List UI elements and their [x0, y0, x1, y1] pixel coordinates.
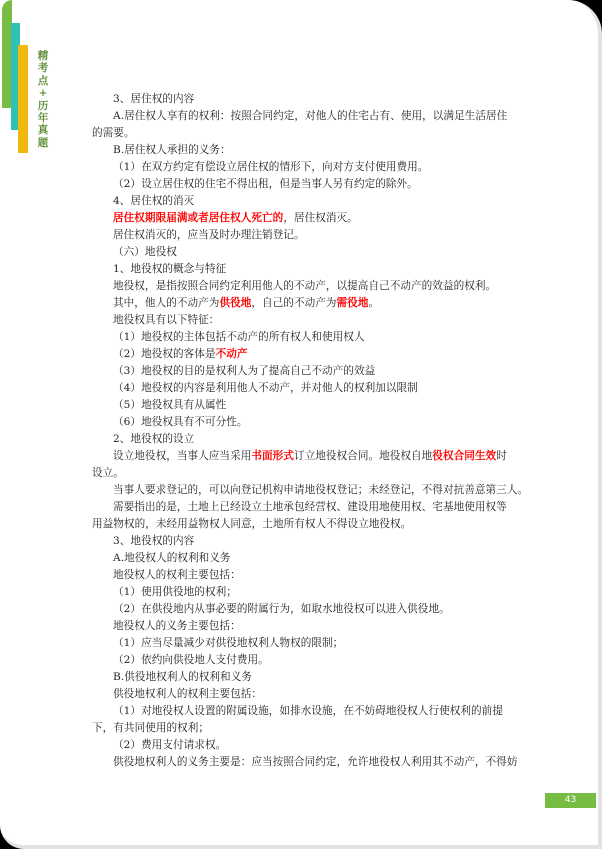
page-number: 43 — [545, 793, 596, 808]
text: 。 — [368, 297, 379, 309]
heading-easement-concept: 1、地役权的概念与特征 — [92, 261, 510, 278]
heading-easement-content: 3、地役权的内容 — [92, 533, 510, 550]
list-item: （2）地役权的客体是不动产 — [92, 346, 510, 363]
side-section-label: 精 考 点 + 历 年 真 题 — [36, 50, 50, 149]
paragraph: 居住权消灭的，应当及时办理注销登记。 — [92, 227, 510, 244]
emphasis-text: 供役地 — [219, 297, 251, 309]
text: 其中，他人的不动产为 — [113, 297, 219, 309]
text: 设立地役权，当事人应当采用 — [113, 450, 251, 462]
emphasis-text: 不动产 — [216, 348, 248, 360]
side-label-char: 真 — [36, 124, 50, 136]
side-label-char: 考 — [36, 62, 50, 74]
paragraph: 其中，他人的不动产为供役地，自己的不动产为需役地。 — [92, 295, 510, 312]
side-label-char: 题 — [36, 137, 50, 149]
list-item: （4）地役权的内容是利用他人不动产，并对他人的权利加以限制 — [92, 380, 510, 397]
emphasis-text: 需役地 — [337, 297, 369, 309]
paragraph: A.地役权人的权利和义务 — [92, 550, 510, 567]
list-item: （2）费用支付请求权。 — [92, 737, 510, 754]
list-item: （1）地役权的主体包括不动产的所有权人和使用权人 — [92, 329, 510, 346]
text: ，自己的不动产为 — [251, 297, 336, 309]
text: ，居住权消灭。 — [283, 212, 358, 224]
list-item: （3）地役权的目的是权利人为了提高自己不动产的效益 — [92, 363, 510, 380]
list-item: （1）对地役权人设置的附属设施，如排水设施，在不妨碍地役权人行使权利的前提下，有… — [92, 703, 510, 737]
paragraph: 供役地权利人的权利主要包括： — [92, 686, 510, 703]
section-heading-easement: （六）地役权 — [92, 244, 510, 261]
paragraph: 居住权期限届满或者居住权人死亡的，居住权消灭。 — [92, 210, 510, 227]
paragraph: B.供役地权利人的权利和义务 — [92, 669, 510, 686]
paragraph: 地役权人的权利主要包括： — [92, 567, 510, 584]
document-body: 3、居住权的内容 A.居住权人享有的权利：按照合同约定，对他人的住宅占有、使用，… — [92, 91, 510, 771]
list-item: （1）使用供役地的权利； — [92, 584, 510, 601]
heading-easement-establishment: 2、地役权的设立 — [92, 431, 510, 448]
paragraph: 地役权具有以下特征： — [92, 312, 510, 329]
emphasis-text: 居住权期限届满或者居住权人死亡的 — [113, 212, 283, 224]
side-label-char: 点 — [36, 75, 50, 87]
side-label-char: 年 — [36, 112, 50, 124]
text: （2）地役权的客体是 — [113, 348, 216, 360]
side-label-char: 历 — [36, 100, 50, 112]
heading-residence-content: 3、居住权的内容 — [92, 91, 510, 108]
decorative-yellow-bar — [18, 45, 28, 153]
side-label-char: 精 — [36, 50, 50, 62]
list-item: （5）地役权具有从属性 — [92, 397, 510, 414]
text: 订立地役权合同。地役权自地 — [294, 450, 432, 462]
list-item: （6）地役权具有不可分性。 — [92, 414, 510, 431]
paragraph: 地役权，是指按照合同约定利用他人的不动产，以提高自己不动产的效益的权利。 — [92, 278, 510, 295]
list-item: （2）在供役地内从事必要的附属行为，如取水地役权可以进入供役地。 — [92, 601, 510, 618]
list-item: （1）在双方约定有偿设立居住权的情形下，向对方支付使用费用。 — [92, 159, 510, 176]
emphasis-text: 役权合同生效 — [432, 450, 496, 462]
paragraph: 设立地役权，当事人应当采用书面形式订立地役权合同。地役权自地役权合同生效时设立。 — [92, 448, 510, 482]
paragraph: 地役权人的义务主要包括： — [92, 618, 510, 635]
paragraph: 供役地权利人的义务主要是：应当按照合同约定，允许地役权人利用其不动产，不得妨 — [92, 754, 510, 771]
paragraph: 当事人要求登记的，可以向登记机构申请地役权登记；未经登记，不得对抗善意第三人。 — [92, 482, 510, 499]
paragraph: 需要指出的是，土地上已经设立土地承包经营权、建设用地使用权、宅基地使用权等用益物… — [92, 499, 510, 533]
heading-residence-termination: 4、居住权的消灭 — [92, 193, 510, 210]
side-label-char: + — [36, 87, 50, 99]
list-item: （2）依约向供役地人支付费用。 — [92, 652, 510, 669]
paragraph: A.居住权人享有的权利：按照合同约定，对他人的住宅占有、使用，以满足生活居住的需… — [92, 108, 510, 142]
emphasis-text: 书面形式 — [251, 450, 294, 462]
list-item: （2）设立居住权的住宅不得出租，但是当事人另有约定的除外。 — [92, 176, 510, 193]
list-item: （1）应当尽量减少对供役地权利人物权的限制； — [92, 635, 510, 652]
document-page: 精 考 点 + 历 年 真 题 3、居住权的内容 A.居住权人享有的权利：按照合… — [0, 0, 602, 849]
paragraph: B.居住权人承担的义务： — [92, 142, 510, 159]
